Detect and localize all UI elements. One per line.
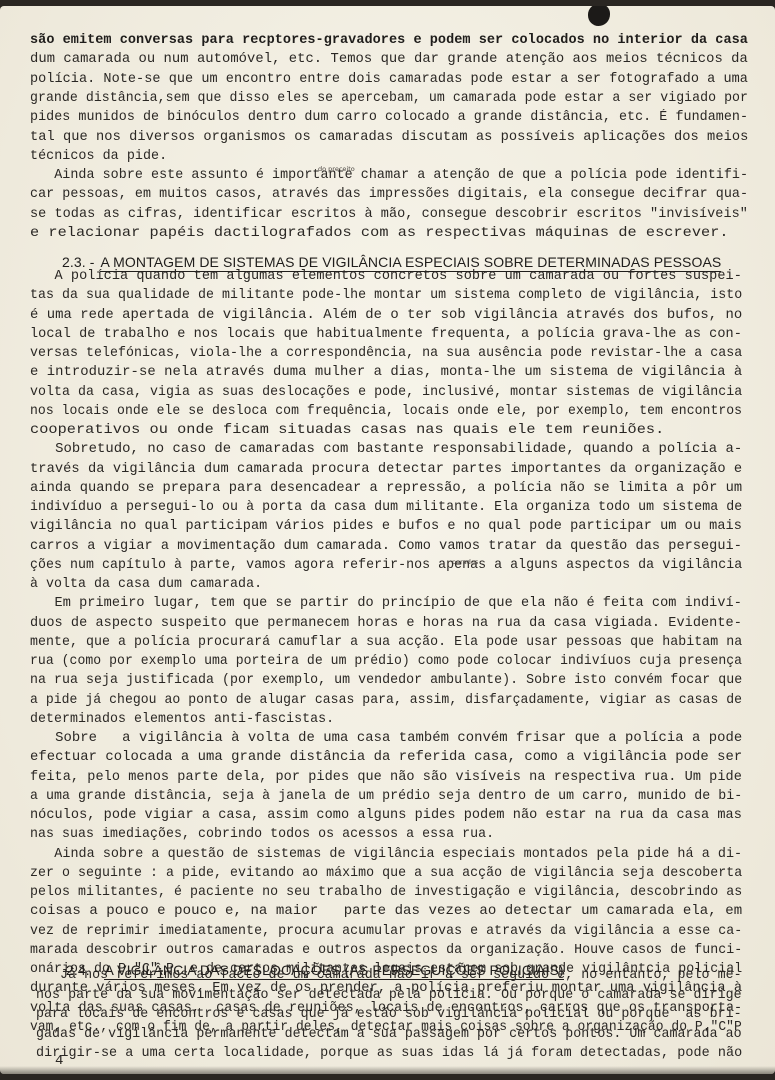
text-line: versas telefónicas, viola-lhe a correspo…: [30, 346, 742, 361]
text-line: e introduzir-se nela através duma mulher…: [30, 365, 742, 380]
text-line: a pide já chegou ao ponto de alugar casa…: [30, 693, 742, 708]
text-line: vez de reprimir imediatamente, procura a…: [30, 924, 742, 939]
text-line: polícia. Note-se que um encontro entre d…: [30, 72, 748, 87]
text-line: Em primeiro lugar, tem que se partir do …: [30, 596, 742, 611]
text-line: local de trabalho e nos locais que habit…: [30, 327, 742, 342]
text-line: dum camarada ou num automóvel, etc. Temo…: [30, 52, 748, 67]
text-line: A polícia quando tem algumas elementos c…: [30, 269, 742, 284]
text-line: efectuar colocada a uma grande distância…: [30, 750, 742, 765]
text-line: volta da casa, vigia as suas deslocações…: [30, 385, 742, 400]
text-line: tal que nos diversos organismos os camar…: [30, 130, 748, 145]
text-line: ainda quando se prepara para desencadear…: [30, 481, 742, 496]
text-line: pides munidos de binóculos dentro dum ca…: [30, 110, 748, 125]
document-page: são emitem conversas para recptores-grav…: [0, 6, 775, 1074]
text-line: mente, que a polícia procurará camuflar …: [30, 635, 742, 650]
text-line: vigilância no qual participam vários pid…: [30, 519, 742, 534]
text-line: grande distância,sem que disso eles se a…: [30, 91, 748, 106]
text-line: nas suas imediações, cobrindo todos os a…: [30, 827, 494, 842]
handwritten-annotation: do preceito: [318, 165, 355, 173]
text-line: para locais de encontros e casas que já …: [36, 1007, 742, 1022]
text-line: dirigir-se a uma certa localidade, porqu…: [36, 1046, 742, 1061]
text-line: Ainda sobre a questão de sistemas de vig…: [30, 847, 742, 862]
text-line: Já nos referimos ao facto de um camarada…: [36, 968, 742, 983]
text-line: car pessoas, em muitos casos, através da…: [30, 187, 748, 202]
text-line: Ainda sobre este assunto é importante ch…: [30, 168, 748, 183]
text-line: zer o seguinte : a pide, evitando ao máx…: [30, 866, 742, 881]
text-line: na rua seja justificada (por exemplo, um…: [30, 673, 742, 688]
ink-blot: [588, 6, 610, 26]
page-edge-shadow: [0, 1066, 775, 1074]
text-line: é uma rede apertada de vigilância. Além …: [30, 308, 742, 323]
text-line: ções num capítulo à parte, vamos agora r…: [30, 558, 742, 573]
text-line: duos de aspecto suspeito que permanecem …: [30, 616, 742, 631]
text-line: Sobretudo, no caso de camaradas com bast…: [30, 442, 742, 457]
text-line: indivíduo a persegui-lo ou à porta da ca…: [30, 500, 742, 515]
text-line: feita, pelo menos parte dela, por pides …: [30, 770, 742, 785]
handwritten-annotation: parados: [452, 558, 478, 566]
text-line: rua (como por exemplo uma porteira de um…: [30, 654, 742, 669]
text-line: coisas a pouco e pouco e, na maior parte…: [30, 904, 742, 919]
text-line: gadas de vigilância permanente detectam …: [36, 1027, 742, 1042]
text-line: são emitem conversas para recptores-grav…: [30, 33, 748, 48]
text-line: nóculos, pode vigiar a casa, assim como …: [30, 808, 742, 823]
text-line: determinados elementos anti-fascistas.: [30, 712, 334, 727]
text-line: à volta da casa dum camarada.: [30, 577, 262, 592]
text-line: se todas as cifras, identificar escritos…: [30, 207, 748, 222]
section-number: 2.3. -: [62, 254, 95, 270]
text-line: cooperativos ou onde ficam situadas casa…: [30, 423, 664, 438]
text-line: carros a vigiar a movimentação dum camar…: [30, 539, 742, 554]
text-line: a uma grande distância, seja à janela de…: [30, 789, 742, 804]
text-line: Sobre a vigilância à volta de uma casa t…: [30, 731, 742, 746]
text-line: técnicos da pide.: [30, 149, 167, 164]
text-line: tas da sua qualidade de militante pode-l…: [30, 288, 742, 303]
text-line: nos parte da sua movimentação ser detect…: [36, 988, 742, 1003]
text-line: pelos militantes, é paciente no seu trab…: [30, 885, 742, 900]
text-line: través da vigilância dum camarada procur…: [30, 462, 742, 477]
text-line: nos locais onde ele se desloca com frequ…: [30, 404, 742, 419]
